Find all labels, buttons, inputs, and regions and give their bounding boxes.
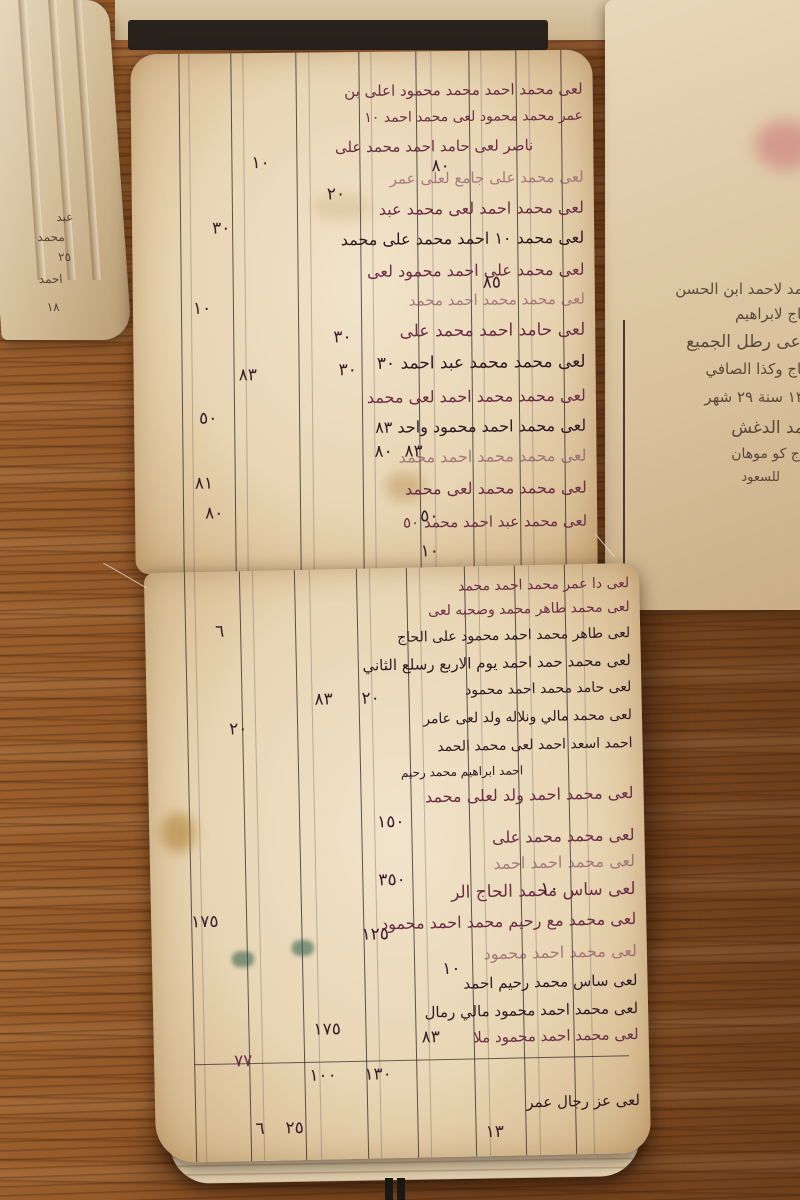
ledger-amount: ٨٠ [431, 156, 449, 176]
bookmark-ribbon [397, 1178, 405, 1200]
left-ms-line: ١٨ [0, 300, 60, 314]
ledger-amount: ١٣ [485, 1122, 504, 1142]
ledger-line: لعى محمد طاهر محمد وصحبه لعى [155, 599, 630, 625]
ledger-line: لعى ساس محمد رحيم احمد [162, 971, 637, 999]
ledger-line: لعى محمد مع رحيم محمد احمد محمود [161, 909, 636, 938]
ledger-amount: ٣٥٠ [378, 870, 406, 891]
ledger-amount: ١٢٥ [361, 924, 389, 945]
ledger-amount: ٢٥ [285, 1118, 304, 1138]
ledger-amount: ١٠ [420, 541, 438, 561]
ledger-amount: ١٠ [442, 959, 461, 979]
ledger-amount: ٨٠ [205, 503, 223, 523]
ledger-line: لعى حامد محمد احمد محمود [156, 679, 631, 705]
ledger-amount: ١٠ [251, 153, 269, 173]
ledger-amount: ١٠٠ [309, 1065, 337, 1086]
ledger-line: لعى محمد احمد محمود مالي رمال [163, 999, 638, 1027]
ledger-page-bottom: لعى دا عمر محمد احمد محمد لعى محمد طاهر … [144, 563, 651, 1163]
right-ms-line: وحمد لاحمد ابن الحسن [605, 280, 800, 298]
left-ms-line: عبد [0, 210, 74, 224]
ledger-amount: ١٧٥ [313, 1019, 341, 1040]
ledger-line: لعى محمد احمد محمود [162, 941, 637, 970]
ledger-amount: ١٥٠ [377, 812, 405, 833]
ledger-line: لعى عز رجال عمر [165, 1091, 640, 1119]
ledger-amount: ٢٠ [361, 688, 380, 708]
ledger-amount: ٨٣ [239, 365, 257, 385]
ledger-amount: ٨٥ [483, 273, 501, 293]
ledger-amount: ٦ [255, 1119, 265, 1139]
ledger-amount: ٨٠ [374, 442, 392, 462]
left-ms-line: ٢٥ [0, 250, 72, 264]
right-ms-line: الحاج وكذا الصافي [605, 360, 800, 378]
ledger-page-top: لعى محمد احمد محمد محمود اعلى بن عمر محم… [130, 50, 597, 575]
ledger-line: لعى محمد احمد محمود ملا [164, 1025, 639, 1053]
ledger-line: لعى محمد احمد ولد لعلى محمد [158, 783, 633, 812]
ledger-line: لعى طاهر محمد احمد محمود على الحاج [155, 625, 630, 651]
ledger-amount: ٨٣ [421, 1027, 440, 1047]
left-ms-line: محمد [0, 230, 65, 244]
ledger-amount: ٧٧ [234, 1051, 253, 1071]
right-ms-line: للسعود [605, 470, 780, 485]
ledger-line: لعى محمد حمد احمد يوم الاربع رسلع الثاني [156, 651, 631, 679]
ledger-amount: ٨٣ [404, 441, 422, 461]
ledger-amount: ٢٠ [327, 184, 345, 204]
ledger-amount: ١٠ [193, 299, 211, 319]
right-ms-line: احمد الدغش [605, 418, 800, 438]
ledger-amount: ٣٠ [339, 360, 357, 380]
right-ms-line: ١٣٤٨ سنة ٢٩ شهر [605, 388, 800, 406]
right-ms-line: الحاج لابراهيم [605, 305, 800, 323]
ledger-amount: ١٧٥ [191, 912, 219, 933]
right-ms-line: الرعى رطل الجميع [605, 332, 800, 352]
ledger-amount: ٢٠ [229, 719, 248, 739]
ledger-line: لعى دا عمر محمد احمد محمد [154, 575, 629, 601]
ledger-amount: ٦ [215, 622, 225, 642]
ledger-amount: ٣٠ [333, 327, 351, 347]
ledger-line: ناصر لعى حامد احمد محمد على [141, 136, 533, 158]
booklet-cover [128, 20, 548, 50]
ledger-amount: ٥٠ [199, 409, 217, 429]
bookmark-ribbon [385, 1178, 393, 1200]
ledger-amount: ٥٠ [420, 506, 438, 526]
ledger-amount: ٣٠ [212, 218, 230, 238]
ledger-amount: ٨٣ [314, 689, 333, 709]
left-ms-line: احمد [0, 272, 63, 286]
ledger-amount: ١٣٠ [364, 1064, 392, 1085]
background-manuscript-right: ‏ ‏ وحمد لاحمد ابن الحسن الحاج لابراهيم … [605, 0, 800, 610]
ruled-bottom-line [194, 1055, 629, 1065]
right-ms-line: حراج كو موهان [605, 446, 800, 462]
ledger-amount: ١٠ [540, 879, 559, 899]
ledger-amount: ٨١ [195, 474, 213, 494]
